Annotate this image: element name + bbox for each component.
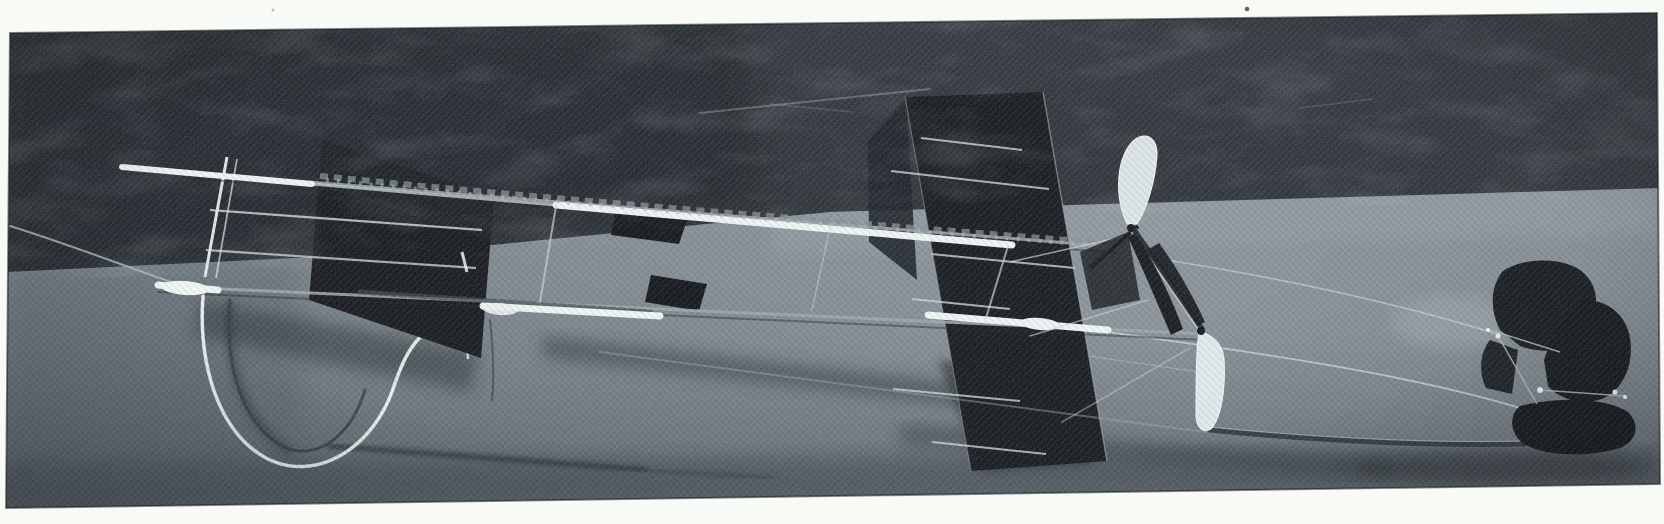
photo-plate: Grainy halftone photograph of a skeletal…: [0, 0, 1664, 524]
margin-ink-speck: [272, 9, 275, 12]
photograph: [0, 0, 1664, 524]
vignette: [0, 0, 1664, 524]
margin-ink-speck: [1245, 7, 1250, 12]
scanned-plate-page: Grainy halftone photograph of a skeletal…: [0, 0, 1664, 524]
